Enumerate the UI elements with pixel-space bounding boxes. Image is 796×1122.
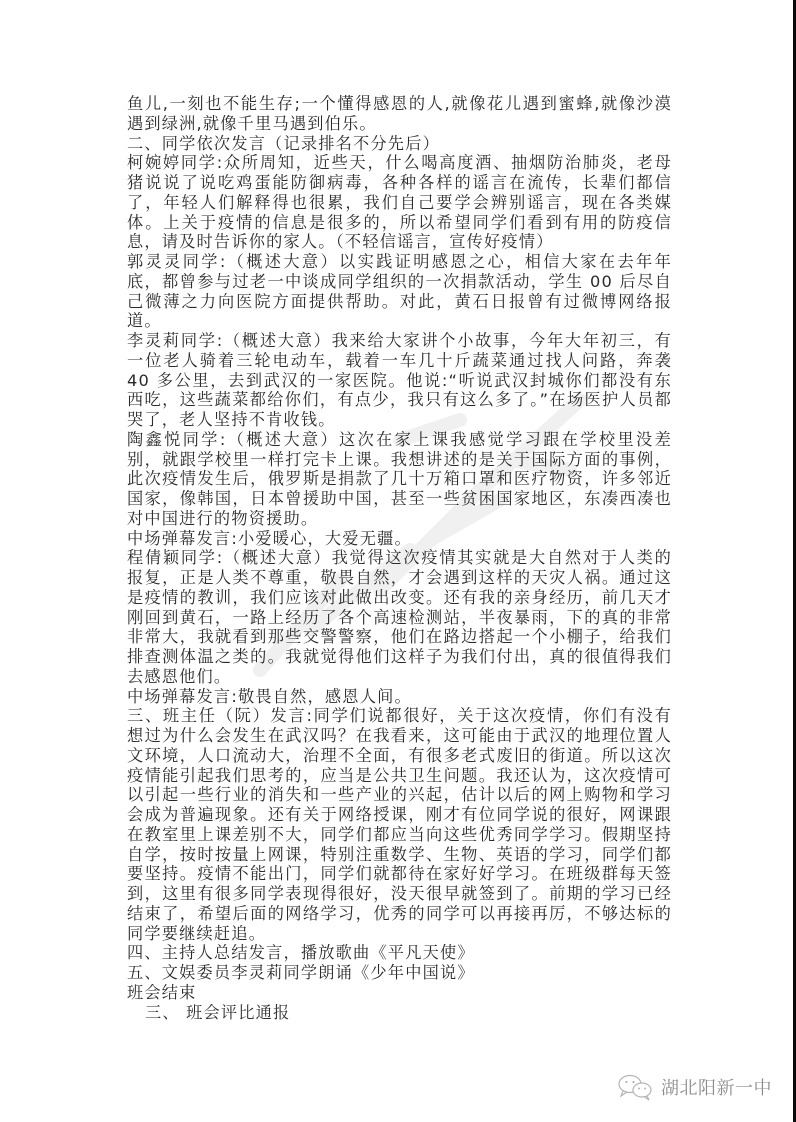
paragraph-intro-end: 鱼儿,一刻也不能生存;一个懂得感恩的人,就像花儿遇到蜜蜂,就像沙漠遇到绿洲,就像… (127, 94, 672, 134)
paragraph-speech-li: 李灵莉同学:（概述大意）我来给大家讲个小故事，今年大年初三，有一位老人骑着三轮电… (127, 331, 672, 430)
section-heading-student-speeches: 二、同学依次发言（记录排名不分先后） (127, 134, 672, 154)
document-page: 鱼儿,一刻也不能生存;一个懂得感恩的人,就像花儿遇到蜜蜂,就像沙漠遇到绿洲,就像… (0, 0, 796, 1122)
paragraph-teacher-speech: 三、班主任（阮）发言:同学们说都很好，关于这次疫情，你们有没有想过为什么会发生在… (127, 706, 672, 943)
paragraph-speech-ke: 柯婉婷同学:众所周知，近些天，什么喝高度酒、抽烟防治肺炎，老母猪说说了说吃鸡蛋能… (127, 153, 672, 252)
footer-brand: 湖北阳新一中 (617, 1073, 772, 1101)
paragraph-speech-tao: 陶鑫悦同学:（概述大意）这次在家上课我感觉学习跟在学校里没差别，就跟学校里一样打… (127, 430, 672, 529)
paragraph-speech-guo: 郭灵灵同学:（概述大意）以实践证明感恩之心，相信大家在去年年底，都曾参与过老一中… (127, 252, 672, 331)
brand-name: 湖北阳新一中 (661, 1074, 772, 1100)
section-heading-evaluation: 三、 班会评比通报 (127, 1003, 672, 1023)
wechat-icon (617, 1073, 655, 1101)
section-heading-recitation: 五、文娱委员李灵莉同学朗诵《少年中国说》 (127, 963, 672, 983)
section-heading-host-summary: 四、主持人总结发言，播放歌曲《平凡天使》 (127, 943, 672, 963)
paragraph-bullet-comment-1: 中场弹幕发言:小爱暖心，大爱无疆。 (127, 529, 672, 549)
paragraph-speech-cheng: 程倩颖同学:（概述大意）我觉得这次疫情其实就是大自然对于人类的报复，正是人类不尊… (127, 548, 672, 686)
document-body: 鱼儿,一刻也不能生存;一个懂得感恩的人,就像花儿遇到蜜蜂,就像沙漠遇到绿洲,就像… (127, 94, 672, 1022)
paragraph-meeting-end: 班会结束 (127, 983, 672, 1003)
paragraph-bullet-comment-2: 中场弹幕发言:敬畏自然，感恩人间。 (127, 687, 672, 707)
